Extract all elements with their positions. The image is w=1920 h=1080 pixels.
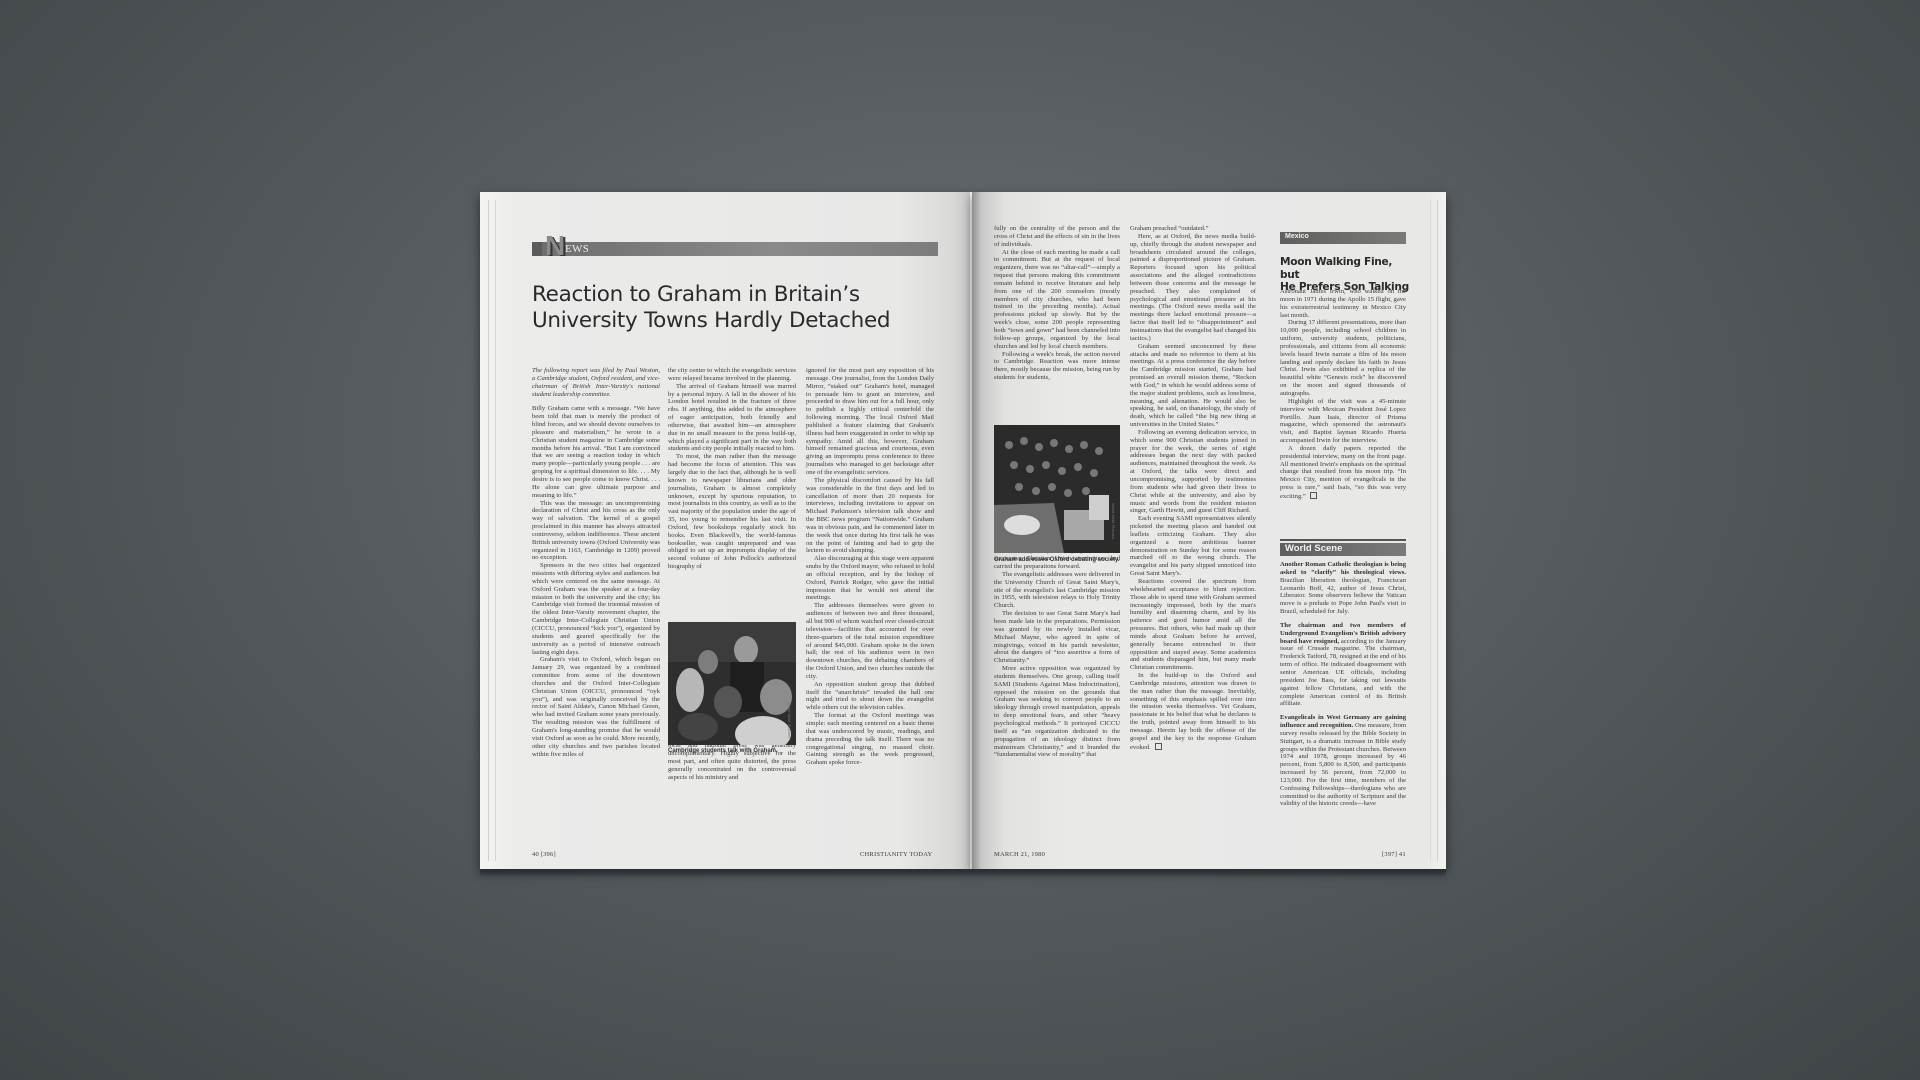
brief-body: according to the January issue of Crusad…: [1280, 638, 1406, 708]
section-divider: [1280, 539, 1406, 541]
photo-image: [668, 622, 796, 745]
paragraph-text: In the build-up to the Oxford and Cambri…: [1130, 672, 1256, 751]
article-intro: The following report was filed by Paul W…: [532, 367, 660, 398]
paragraph: The addresses themselves were given to a…: [806, 602, 934, 680]
paragraph: fully on the centrality of the person an…: [994, 225, 1120, 249]
world-scene-bar: World Scene: [1280, 543, 1406, 556]
paragraph: Graham's visit to Oxford, which began on…: [532, 656, 660, 758]
paragraph: Here, as at Oxford, the news media build…: [1130, 233, 1256, 343]
paragraph: More active opposition was organized by …: [994, 665, 1120, 759]
photo-caption: Graham addresses Oxford debating society…: [994, 557, 1120, 563]
paragraph: the city center to which the evangelisti…: [668, 367, 796, 383]
sidebar-mexico-body: Astronaut James Irwin, who walked on the…: [1280, 288, 1406, 501]
paragraph: This was the message: an uncompromising …: [532, 500, 660, 563]
page-shadow: [480, 869, 1446, 877]
brief-body: One measure, from survey results release…: [1280, 722, 1406, 807]
brief-lead: Another Roman Catholic theologian is bei…: [1280, 561, 1406, 576]
news-label: EWS: [565, 243, 589, 255]
paragraph: A dozen daily papers reported the presid…: [1280, 445, 1406, 501]
news-brief: The chairman and two members of Undergro…: [1280, 622, 1406, 708]
issue-date: MARCH 21, 1980: [994, 851, 1045, 858]
paragraph: Following an evening dedication service,…: [1130, 429, 1256, 515]
news-section-banner: N EWS: [532, 242, 938, 256]
paragraph: Graham preached “outdated.”: [1130, 225, 1256, 233]
paragraph: An opposition student group that dubbed …: [806, 681, 934, 712]
paragraph-text: A dozen daily papers reported the presid…: [1280, 445, 1406, 500]
paragraph: ignored for the most part any exposition…: [806, 367, 934, 477]
right-page: fully on the centrality of the person an…: [972, 192, 1446, 869]
news-brief: Another Roman Catholic theologian is bei…: [1280, 561, 1406, 616]
section-label: Mexico: [1285, 233, 1309, 240]
banner-lead-block: [532, 242, 542, 256]
paragraph: Following a week's break, the action mov…: [994, 351, 1120, 382]
paragraph: Billy Graham came with a message. “We ha…: [532, 405, 660, 499]
section-label: World Scene: [1285, 543, 1342, 554]
paragraph: Each evening SAMI representatives silent…: [1130, 515, 1256, 578]
photo-caption: Cambridge students talk with Graham.: [668, 748, 778, 754]
photo-oxford-debating: World Wide Pictures: [994, 425, 1120, 553]
paragraph: Astronaut James Irwin, who walked on the…: [1280, 288, 1406, 319]
paragraph: The evangelistic addresses were delivere…: [994, 571, 1120, 610]
paragraph: Graham seemed unconcerned by these attac…: [1130, 343, 1256, 429]
page-number-right: [397] 41: [1382, 851, 1406, 858]
photo-credit: World Wide Pictures: [787, 702, 792, 738]
headline-line-2: University Towns Hardly Detached: [532, 308, 952, 334]
article-headline: Reaction to Graham in Britain’s Universi…: [532, 282, 952, 334]
photo-image: [994, 425, 1120, 553]
paragraph: Highlight of the visit was a 45-minute i…: [1280, 398, 1406, 445]
page-number-left: 40 [396]: [532, 851, 556, 858]
paragraph: To most, the man rather than the message…: [668, 453, 796, 571]
paragraph: The physical discomfort caused by his fa…: [806, 477, 934, 555]
left-page: N EWS Reaction to Graham in Britain’s Un…: [480, 192, 972, 869]
paragraph: In the build-up to the Oxford and Cambri…: [1130, 672, 1256, 751]
mexico-section-bar: Mexico: [1280, 232, 1406, 244]
sidebar-headline-line-1: Moon Walking Fine, but: [1280, 256, 1410, 281]
photo-cambridge-students: World Wide Pictures: [668, 622, 796, 745]
right-column-2: Graham preached “outdated.” Here, as at …: [1130, 225, 1256, 752]
paragraph: Reactions covered the spectrum from whol…: [1130, 578, 1256, 672]
brief-body: Brazilian liberation theologian, Francis…: [1280, 577, 1406, 615]
paragraph: Also discouraging at this stage were app…: [806, 555, 934, 602]
paragraph: At the close of each meeting he made a c…: [994, 249, 1120, 351]
headline-line-1: Reaction to Graham in Britain’s: [532, 282, 952, 308]
paragraph: The arrival of Graham himself was marred…: [668, 383, 796, 454]
paragraph: The format at the Oxford meetings was si…: [806, 712, 934, 767]
news-initial: N: [545, 232, 565, 260]
paragraph: The decision to use Great Saint Mary's h…: [994, 610, 1120, 665]
end-mark-icon: [1155, 743, 1162, 750]
news-brief: Evangelicals in West Germany are gaining…: [1280, 714, 1406, 808]
paragraph: During 17 different presentations, more …: [1280, 319, 1406, 397]
magazine-spread: N EWS Reaction to Graham in Britain’s Un…: [480, 192, 1446, 869]
world-scene-body: Another Roman Catholic theologian is bei…: [1280, 561, 1406, 808]
end-mark-icon: [1310, 492, 1317, 499]
photo-credit: World Wide Pictures: [1111, 503, 1116, 539]
left-column-3: ignored for the most part any exposition…: [806, 367, 934, 767]
paragraph: Sponsors in the two cities had organized…: [532, 562, 660, 656]
magazine-title: CHRISTIANITY TODAY: [860, 851, 932, 858]
left-column-1: The following report was filed by Paul W…: [532, 367, 660, 758]
